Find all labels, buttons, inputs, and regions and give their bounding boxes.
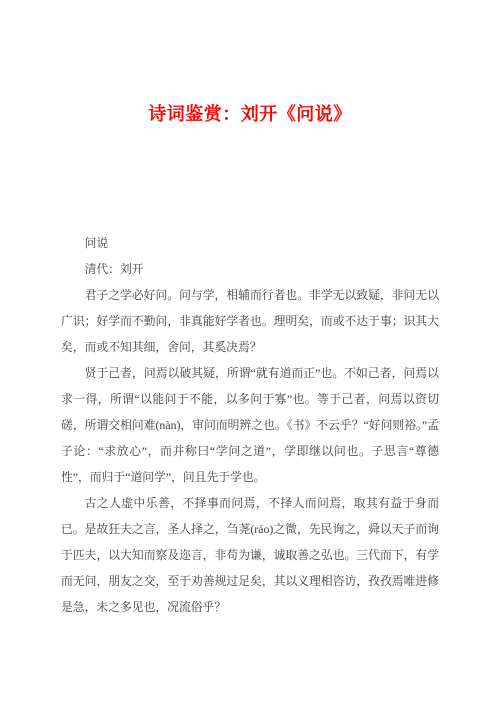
poem-title: 问说 (61, 230, 439, 256)
page-title: 诗词鉴赏：刘开《问说》 (0, 101, 500, 127)
article-body: 问说 清代：刘开 君子之学必好问。问与学，相辅而行者也。非学无以致疑，非问无以广… (61, 230, 439, 620)
poem-byline: 清代：刘开 (61, 256, 439, 282)
paragraph-1: 君子之学必好问。问与学，相辅而行者也。非学无以致疑，非问无以广识；好学而不勤问，… (61, 282, 439, 360)
paragraph-2: 贤于己者，问焉以破其疑，所谓“就有道而正”也。不如己者，问焉以求一得，所谓“以能… (61, 360, 439, 490)
document-page: 诗词鉴赏：刘开《问说》 问说 清代：刘开 君子之学必好问。问与学，相辅而行者也。… (0, 0, 500, 708)
paragraph-3: 古之人虚中乐善，不择事而问焉，不择人而问焉，取其有益于身而已。是故狂夫之言，圣人… (61, 490, 439, 620)
